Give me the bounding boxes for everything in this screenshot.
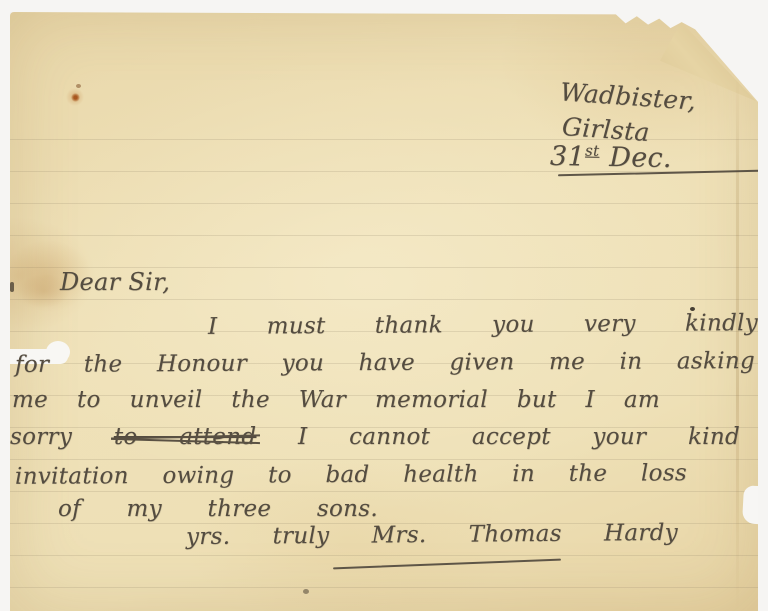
address-line-1: Wadbister,: [559, 77, 697, 115]
letter-paper: Wadbister, Girlsta 31stDec. Dear Sir, I …: [10, 12, 758, 611]
paper-fleck: [76, 84, 81, 88]
closing-signature-line: yrs. truly Mrs. Thomas Hardy: [186, 519, 678, 551]
body-line-1: I must thank you very kindly: [208, 309, 758, 341]
body-line-4: sorry to attend I cannot accept your kin…: [10, 423, 740, 451]
scanned-letter: Wadbister, Girlsta 31stDec. Dear Sir, I …: [0, 0, 768, 611]
body-line-4-pre: sorry: [10, 424, 72, 450]
closing: yrs. truly: [186, 523, 330, 550]
salutation: Dear Sir,: [60, 268, 170, 296]
paper-fleck: [303, 589, 309, 594]
date-month: Dec.: [609, 142, 672, 174]
signature: Mrs. Thomas Hardy: [371, 520, 678, 549]
date-ordinal: st: [585, 142, 600, 160]
body-line-3: me to unveil the War memorial but I am: [12, 386, 660, 414]
signature-underline: [333, 559, 561, 570]
strikethrough-text: to attend: [114, 424, 257, 450]
body-line-2: for the Honour you have given me in aski…: [15, 347, 755, 379]
rust-spot: [71, 93, 80, 102]
date-day: 31: [550, 141, 586, 173]
vertical-crease: [736, 72, 739, 611]
date-line: 31stDec.: [550, 141, 672, 174]
edge-mark: [10, 282, 14, 292]
body-line-6: of my three sons.: [58, 495, 378, 523]
right-edge-tear: [742, 485, 768, 524]
body-line-4-post: I cannot accept your kind: [298, 424, 740, 450]
body-line-5: invitation owing to bad health in the lo…: [15, 459, 687, 491]
